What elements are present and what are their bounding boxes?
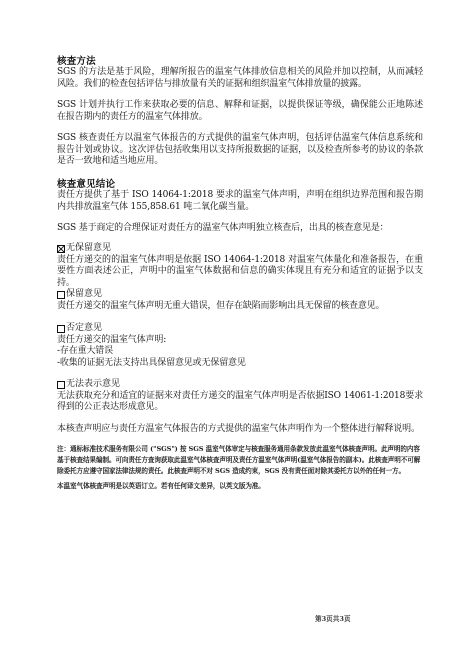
checkbox-checked-icon	[57, 245, 65, 253]
checkbox-empty-icon	[57, 325, 65, 333]
conclusion-paragraph-1: 责任方提供了基于 ISO 14064-1:2018 要求的温室气体声明，声明在组…	[57, 190, 423, 213]
opinion-text: 责任方递交的的温室气体声明是依据 ISO 14064-1:2018 对温室气体量…	[57, 255, 423, 290]
opinion-adverse: 否定意见 责任方递交的温室气体声明: -存在重大错误 -收集的证据无法支持出具保…	[57, 323, 423, 369]
opinion-text: 责任方递交的温室气体声明:	[57, 335, 423, 347]
methodology-paragraph-2: SGS 计划并执行工作来获取必要的信息、解释和证据，以提供保证等级，确保能公正地…	[57, 100, 423, 123]
opinion-text: 无法获取充分和适宜的证据来对责任方递交的温室气体声明是否依据ISO 14061-…	[57, 391, 423, 414]
opinion-label: 否定意见	[66, 323, 102, 335]
methodology-paragraph-3: SGS 核查责任方以温室气体报告的方式提供的温室气体声明，包括评估温室气体信息系…	[57, 133, 423, 168]
language-note: 本温室气体核查声明是以英语订立。若有任何译文差异，以英文版为准。	[57, 481, 423, 492]
opinion-text: 责任方递交的温室气体声明无重大错误，但存在缺陷而影响出具无保留的核查意见。	[57, 301, 423, 313]
closing-statement: 本核查声明应与责任方温室气体报告的方式提供的温室气体声明作为一个整体进行解释说明…	[57, 424, 423, 436]
page-number: 第3页共3页	[315, 613, 351, 623]
methodology-paragraph-1: SGS 的方法是基于风险，理解所报告的温室气体排放信息相关的风险并加以控制，从而…	[57, 67, 423, 90]
opinion-text: -存在重大错误	[57, 346, 423, 358]
conclusion-paragraph-2: SGS 基于商定的合理保证对责任方的温室气体声明独立核查后，出具的核查意见是：	[57, 223, 423, 235]
opinion-label: 无保留意见	[66, 243, 111, 255]
opinion-text: -收集的证据无法支持出具保留意见或无保留意见	[57, 358, 423, 370]
opinion-label: 无法表示意见	[66, 379, 120, 391]
legal-note: 注：通标标准技术服务有限公司 ("SGS") 按 SGS 温室气体审定与核查服务…	[57, 444, 423, 476]
opinion-disclaimer: 无法表示意见 无法获取充分和适宜的证据来对责任方递交的温室气体声明是否依据ISO…	[57, 379, 423, 414]
checkbox-empty-icon	[57, 381, 65, 389]
opinion-label: 保留意见	[66, 289, 102, 301]
heading-methodology: 核查方法	[57, 56, 423, 67]
opinion-unqualified: 无保留意见 责任方递交的的温室气体声明是依据 ISO 14064-1:2018 …	[57, 243, 423, 289]
checkbox-empty-icon	[57, 291, 65, 299]
opinion-qualified: 保留意见 责任方递交的温室气体声明无重大错误，但存在缺陷而影响出具无保留的核查意…	[57, 289, 423, 312]
heading-conclusion: 核查意见结论	[57, 179, 423, 190]
